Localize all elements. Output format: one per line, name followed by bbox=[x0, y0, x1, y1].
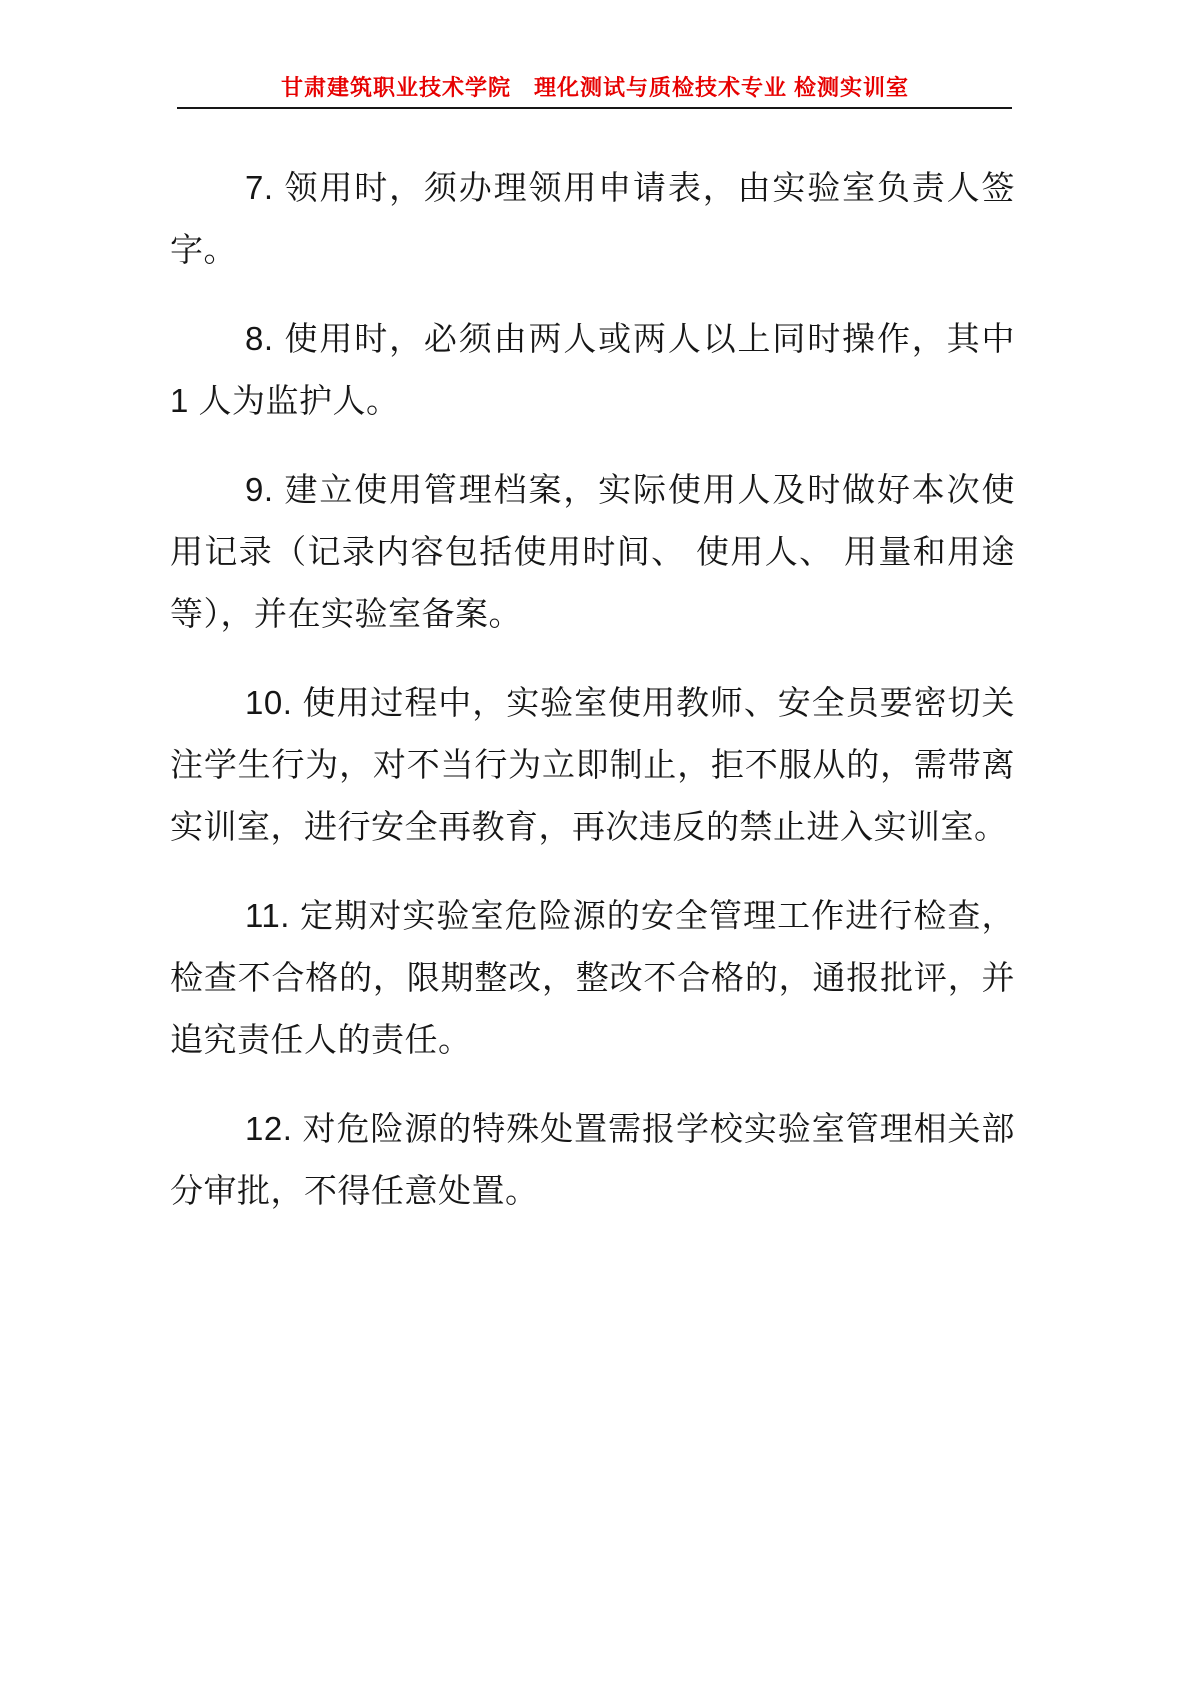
header-rule bbox=[177, 107, 1012, 109]
paragraph: 11. 定期对实验室危险源的安全管理工作进行检查，检查不合格的，限期整改，整改不… bbox=[170, 885, 1015, 1071]
paragraph: 8. 使用时，必须由两人或两人以上同时操作，其中 1 人为监护人。 bbox=[170, 308, 1015, 432]
paragraph: 7. 领用时，须办理领用申请表，由实验室负责人签字。 bbox=[170, 157, 1015, 281]
paragraph: 9. 建立使用管理档案，实际使用人及时做好本次使用记录（记录内容包括使用时间、 … bbox=[170, 459, 1015, 645]
document-body: 7. 领用时，须办理领用申请表，由实验室负责人签字。8. 使用时，必须由两人或两… bbox=[170, 157, 1015, 1222]
page-header: 甘肃建筑职业技术学院 理化测试与质检技术专业 检测实训室 bbox=[0, 0, 1190, 109]
paragraph: 12. 对危险源的特殊处置需报学校实验室管理相关部分审批，不得任意处置。 bbox=[170, 1098, 1015, 1222]
header-title: 甘肃建筑职业技术学院 理化测试与质检技术专业 检测实训室 bbox=[281, 76, 909, 100]
paragraph: 10. 使用过程中，实验室使用教师、安全员要密切关注学生行为，对不当行为立即制止… bbox=[170, 672, 1015, 858]
document-page: 甘肃建筑职业技术学院 理化测试与质检技术专业 检测实训室 7. 领用时，须办理领… bbox=[0, 0, 1190, 1683]
